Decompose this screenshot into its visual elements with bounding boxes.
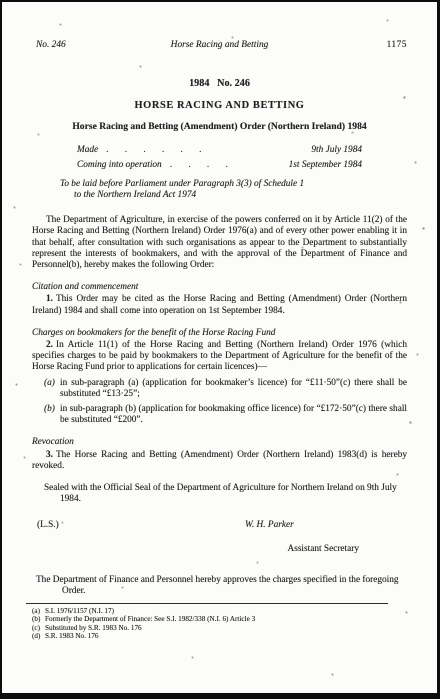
laid-note-line2: to the Northern Ireland Act 1974 [60,190,407,201]
sealed-clause: Sealed with the Official Seal of the Dep… [32,483,407,505]
operation-label: Coming into operation [77,160,162,171]
section-3-number: 3. [46,450,53,460]
subitem-b-text: in sub-paragraph (b) (application for bo… [60,404,407,426]
scanned-page-frame: No. 246 Horse Racing and Betting 1175 19… [0,0,440,699]
approval-paragraph: The Department of Finance and Personnel … [32,575,407,597]
preamble-paragraph: The Department of Agriculture, in exerci… [32,215,407,271]
section-1-paragraph: 1.This Order may be cited as the Horse R… [32,294,407,316]
section-2-number: 2. [46,340,53,350]
seal-mark: (L.S.) [37,520,59,531]
section-1-text: This Order may be cited as the Horse Rac… [32,294,407,315]
footnote-d-text: S.R. 1983 No. 176 [45,632,99,641]
operation-date: 1st September 1984 [289,160,362,171]
subitem-a-text: in sub-paragraph (a) (application for bo… [60,378,407,400]
header-running-title: Horse Racing and Betting [2,40,437,51]
footnote-a-marker: (a) [32,607,45,616]
signatory-name: W. H. Parker [245,520,294,531]
section-2-paragraph: 2.In Article 11(1) of the Horse Racing a… [32,340,407,374]
order-full-title: Horse Racing and Betting (Amendment) Ord… [32,121,407,132]
operation-date-row: Coming into operation . . . . 1st Septem… [77,160,362,175]
order-subject-title: HORSE RACING AND BETTING [32,100,407,111]
signature-row: (L.S.) W. H. Parker [32,520,407,532]
footnote-b-text: Formerly the Department of Finance: See … [45,615,255,624]
subitem-b-marker: (b) [44,404,60,426]
subitem-a-marker: (a) [44,378,60,400]
footnote-d-marker: (d) [32,632,45,641]
signatory-title: Assistant Secretary [32,544,407,555]
footnotes-block: (a) S.I. 1976/1157 (N.I. 17) (b) Formerl… [32,603,407,693]
running-header: No. 246 Horse Racing and Betting 1175 [32,40,407,51]
made-date-row: Made . . . . . . 9th July 1984 [77,145,362,160]
laid-note-line1: To be laid before Parliament under Parag… [60,179,407,190]
footnote-a: (a) S.I. 1976/1157 (N.I. 17) [32,607,407,616]
order-year-number: 1984 No. 246 [32,78,407,89]
dot-leader: . . . . [170,160,281,171]
section-2-text: In Article 11(1) of the Horse Racing and… [32,340,407,372]
section-2-subitem-b: (b) in sub-paragraph (b) (application fo… [44,404,407,426]
footnote-b: (b) Formerly the Department of Finance: … [32,615,407,624]
section-2-subitem-a: (a) in sub-paragraph (a) (application fo… [44,378,407,400]
footnote-d: (d) S.R. 1983 No. 176 [32,632,407,641]
section-1-number: 1. [46,294,53,304]
made-date: 9th July 1984 [311,145,362,156]
made-label: Made [77,145,98,156]
footnote-b-marker: (b) [32,615,45,624]
dot-leader: . . . . . . [106,145,303,156]
laid-before-parliament-note: To be laid before Parliament under Parag… [60,179,407,201]
section-3-paragraph: 3.The Horse Racing and Betting (Amendmen… [32,450,407,472]
footnote-separator-rule [26,603,388,604]
footnote-a-text: S.I. 1976/1157 (N.I. 17) [45,607,114,616]
section-3-text: The Horse Racing and Betting (Amendment)… [32,450,407,471]
section-3-heading: Revocation [32,437,407,448]
dates-block: Made . . . . . . 9th July 1984 Coming in… [77,145,362,175]
section-2-heading: Charges on bookmakers for the benefit of… [32,328,407,339]
document-page: No. 246 Horse Racing and Betting 1175 19… [2,2,437,693]
section-1-heading: Citation and commencement [32,282,407,293]
scan-noise [2,2,3,3]
